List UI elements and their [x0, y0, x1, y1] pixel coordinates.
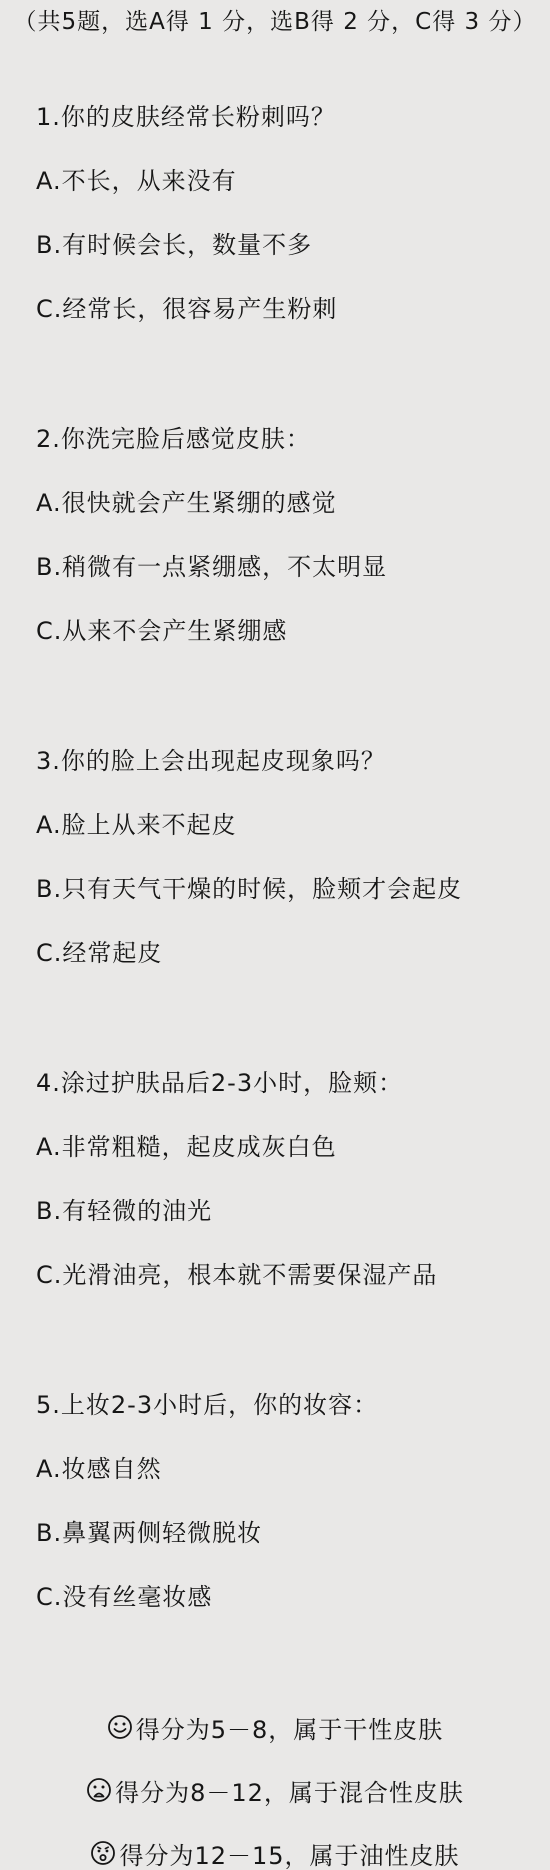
- question-3-option-a: A.脸上从来不起皮: [36, 808, 550, 842]
- question-2-option-a: A.很快就会产生紧绷的感觉: [36, 486, 550, 520]
- quiz-page: （共5题，选A得 1 分，选B得 2 分，C得 3 分） 1.你的皮肤经常长粉刺…: [0, 0, 550, 1870]
- question-5-block: 5.上妆2-3小时后，你的妆容： A.妆感自然 B.鼻翼两侧轻微脱妆 C.没有丝…: [36, 1388, 550, 1614]
- question-4-option-b: B.有轻微的油光: [36, 1194, 550, 1228]
- question-1-text: 1.你的皮肤经常长粉刺吗？: [36, 100, 550, 134]
- question-2-text: 2.你洗完脸后感觉皮肤：: [36, 422, 550, 456]
- question-4-block: 4.涂过护肤品后2-3小时，脸颊： A.非常粗糙，起皮成灰白色 B.有轻微的油光…: [36, 1066, 550, 1292]
- question-3-block: 3.你的脸上会出现起皮现象吗？ A.脸上从来不起皮 B.只有天气干燥的时候，脸颊…: [36, 744, 550, 970]
- question-3-option-b: B.只有天气干燥的时候，脸颊才会起皮: [36, 872, 550, 906]
- question-1-option-c: C.经常长，很容易产生粉刺: [36, 292, 550, 326]
- result-combination-skin: 得分为8－12，属于混合性皮肤: [0, 1773, 550, 1807]
- question-4-option-a: A.非常粗糙，起皮成灰白色: [36, 1130, 550, 1164]
- result-oily-skin: 得分为12－15，属于油性皮肤: [0, 1836, 550, 1870]
- result-combination-skin-text: 得分为8－12，属于混合性皮肤: [115, 1773, 464, 1808]
- quiz-body: 1.你的皮肤经常长粉刺吗？ A.不长，从来没有 B.有时候会长，数量不多 C.经…: [0, 100, 550, 1614]
- question-5-option-c: C.没有丝毫妆感: [36, 1580, 550, 1614]
- question-1-block: 1.你的皮肤经常长粉刺吗？ A.不长，从来没有 B.有时候会长，数量不多 C.经…: [36, 100, 550, 326]
- result-dry-skin: 得分为5－8，属于干性皮肤: [0, 1710, 550, 1744]
- question-2-block: 2.你洗完脸后感觉皮肤： A.很快就会产生紧绷的感觉 B.稍微有一点紧绷感，不太…: [36, 422, 550, 648]
- question-4-option-c: C.光滑油亮，根本就不需要保湿产品: [36, 1258, 550, 1292]
- question-2-option-c: C.从来不会产生紧绷感: [36, 614, 550, 648]
- results-section: 得分为5－8，属于干性皮肤 得分为8－12，属于混合性皮肤: [0, 1710, 550, 1870]
- question-5-option-b: B.鼻翼两侧轻微脱妆: [36, 1516, 550, 1550]
- astonished-face-icon: [90, 1840, 116, 1866]
- question-5-text: 5.上妆2-3小时后，你的妆容：: [36, 1388, 550, 1422]
- question-3-option-c: C.经常起皮: [36, 936, 550, 970]
- result-dry-skin-text: 得分为5－8，属于干性皮肤: [136, 1710, 444, 1745]
- quiz-scoring-note: （共5题，选A得 1 分，选B得 2 分，C得 3 分）: [0, 0, 550, 38]
- result-oily-skin-text: 得分为12－15，属于油性皮肤: [119, 1836, 459, 1870]
- question-3-text: 3.你的脸上会出现起皮现象吗？: [36, 744, 550, 778]
- question-5-option-a: A.妆感自然: [36, 1452, 550, 1486]
- question-1-option-b: B.有时候会长，数量不多: [36, 228, 550, 262]
- frowning-face-icon: [86, 1777, 112, 1803]
- question-4-text: 4.涂过护肤品后2-3小时，脸颊：: [36, 1066, 550, 1100]
- smiling-face-icon: [107, 1714, 133, 1740]
- question-2-option-b: B.稍微有一点紧绷感，不太明显: [36, 550, 550, 584]
- question-1-option-a: A.不长，从来没有: [36, 164, 550, 198]
